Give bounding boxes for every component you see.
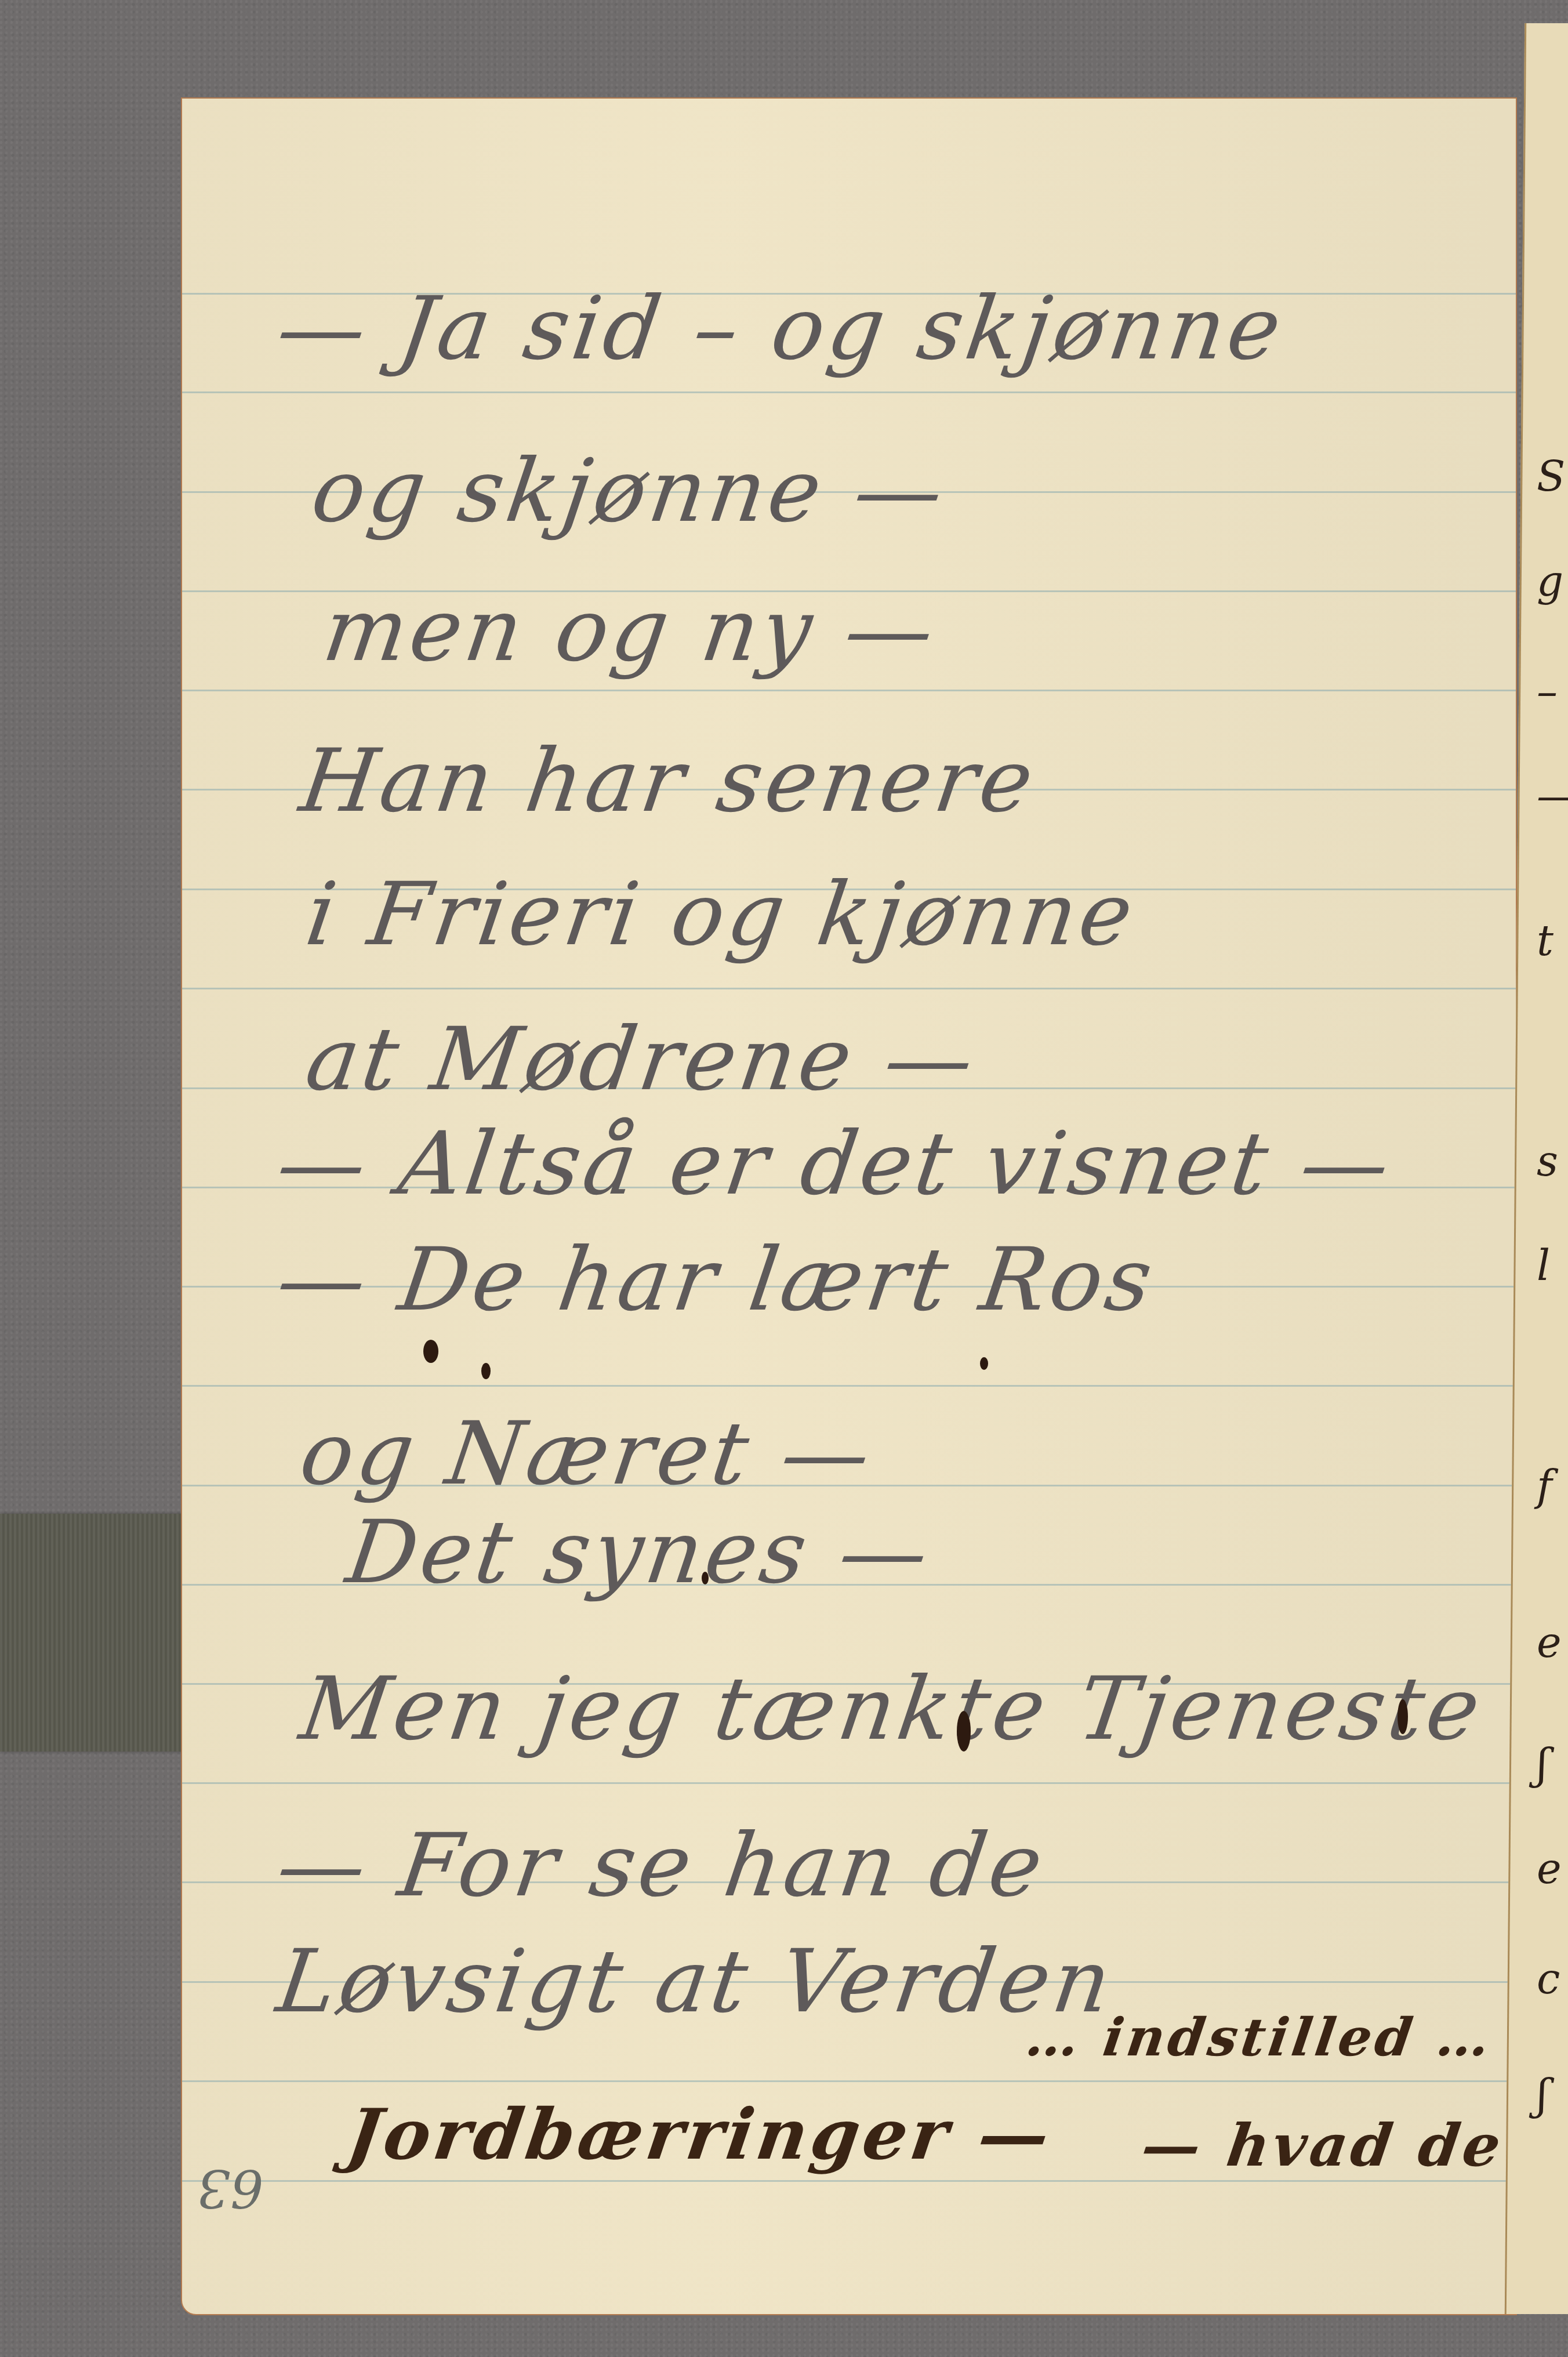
- facing-page-mark: e: [1537, 1618, 1562, 1667]
- handwriting-line: — For se han de: [271, 1815, 1052, 1916]
- ink-overlay-line: … indstilled …: [1022, 2007, 1497, 2068]
- handwriting-line: — Ja sid – og skjønne: [271, 278, 1290, 379]
- handwriting-line: og skjønne —: [306, 441, 953, 542]
- handwriting-line: i Frieri og kjønne: [300, 864, 1142, 965]
- facing-page-mark: f: [1537, 1462, 1552, 1510]
- ruled-line: [182, 1782, 1516, 1784]
- ruled-line: [182, 2180, 1516, 2182]
- facing-page-mark: e: [1537, 1844, 1562, 1893]
- ruled-line: [182, 1385, 1516, 1387]
- facing-page-mark: s: [1537, 1137, 1558, 1185]
- ink-blot: [481, 1363, 491, 1379]
- facing-page-mark: l: [1537, 1241, 1550, 1290]
- ruled-line: [182, 2080, 1516, 2082]
- ink-handwriting-line: Jordbærringer —: [342, 2094, 1058, 2175]
- facing-page-mark: ʃ: [1537, 1740, 1548, 1789]
- handwriting-line: — Altså er det visnet —: [271, 1114, 1399, 1214]
- ruled-line: [182, 988, 1516, 989]
- handwriting-line: at Mødrene —: [300, 1009, 983, 1110]
- facing-page-mark: c: [1537, 1955, 1560, 2003]
- facing-page-mark: ʃ: [1537, 2070, 1548, 2119]
- handwriting-line: Men jeg tænkte Tjeneste: [295, 1659, 1489, 1760]
- page-number: 63: [197, 2157, 264, 2218]
- facing-page-mark: –: [1537, 667, 1558, 716]
- bookmark-ribbon: [0, 1514, 208, 1752]
- handwriting-line: — De har lært Ros: [271, 1230, 1162, 1330]
- facing-page-mark: —: [1537, 771, 1568, 820]
- handwriting-line: Løvsigt at Verden: [271, 1931, 1120, 2032]
- handwriting-line: Det synes —: [341, 1502, 938, 1603]
- ink-blot: [957, 1711, 971, 1752]
- ink-overlay-line: — hvad de: [1138, 2111, 1508, 2180]
- handwriting-line: og Næret —: [295, 1404, 880, 1504]
- ruled-line: [182, 391, 1516, 393]
- facing-page-mark: S: [1537, 452, 1565, 501]
- ink-blot: [1398, 1699, 1408, 1734]
- ruled-line: [182, 690, 1516, 691]
- facing-page-mark: t: [1537, 916, 1554, 965]
- ink-blot: [423, 1340, 438, 1363]
- handwriting-line: Han har senere: [295, 731, 1043, 832]
- handwriting-line: men og ny —: [318, 580, 943, 681]
- ink-blot: [702, 1572, 709, 1584]
- facing-page-mark: g: [1537, 557, 1563, 605]
- ink-blot: [980, 1357, 988, 1370]
